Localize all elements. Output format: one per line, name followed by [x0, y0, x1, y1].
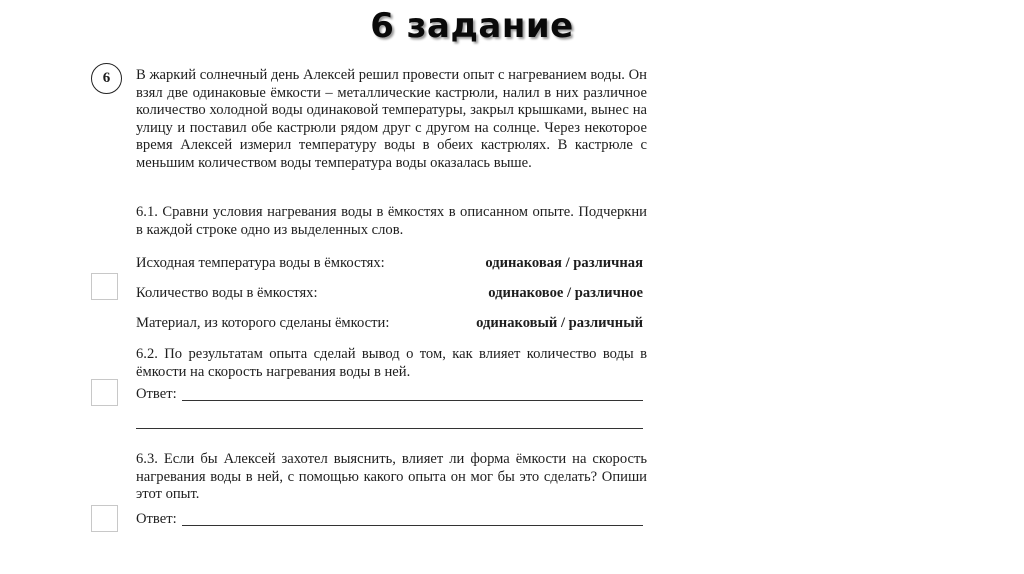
answer-line-6-3[interactable]	[182, 525, 643, 526]
answer-line-6-2-first[interactable]	[182, 400, 643, 401]
comparison-label: Количество воды в ёмкостях:	[136, 285, 318, 302]
comparison-options[interactable]: одинаковый / различный	[476, 315, 643, 332]
slide-title: 6 задание	[0, 6, 944, 46]
score-box-6-2[interactable]	[91, 379, 118, 406]
comparison-row-material: Материал, из которого сделаны ёмкости: о…	[136, 315, 643, 332]
answer-label-6-3: Ответ:	[136, 511, 177, 528]
score-box-6-3[interactable]	[91, 505, 118, 532]
answer-line-6-2-second[interactable]	[136, 428, 643, 429]
score-box-6-1[interactable]	[91, 273, 118, 300]
comparison-options[interactable]: одинаковое / различное	[488, 285, 643, 302]
comparison-label: Исходная температура воды в ёмкостях:	[136, 255, 385, 272]
task-intro-text: В жаркий солнечный день Алексей решил пр…	[136, 67, 647, 173]
answer-label-6-2: Ответ:	[136, 386, 177, 403]
question-6-1-text: 6.1. Сравни условия нагревания воды в ём…	[136, 204, 647, 239]
comparison-options[interactable]: одинаковая / различная	[485, 255, 643, 272]
question-6-2-text: 6.2. По результатам опыта сделай вывод о…	[136, 346, 647, 381]
question-6-3-text: 6.3. Если бы Алексей захотел выяснить, в…	[136, 451, 647, 504]
task-number-badge: 6	[91, 63, 122, 94]
comparison-label: Материал, из которого сделаны ёмкости:	[136, 315, 389, 332]
comparison-row-amount: Количество воды в ёмкостях: одинаковое /…	[136, 285, 643, 302]
comparison-row-temperature: Исходная температура воды в ёмкостях: од…	[136, 255, 643, 272]
